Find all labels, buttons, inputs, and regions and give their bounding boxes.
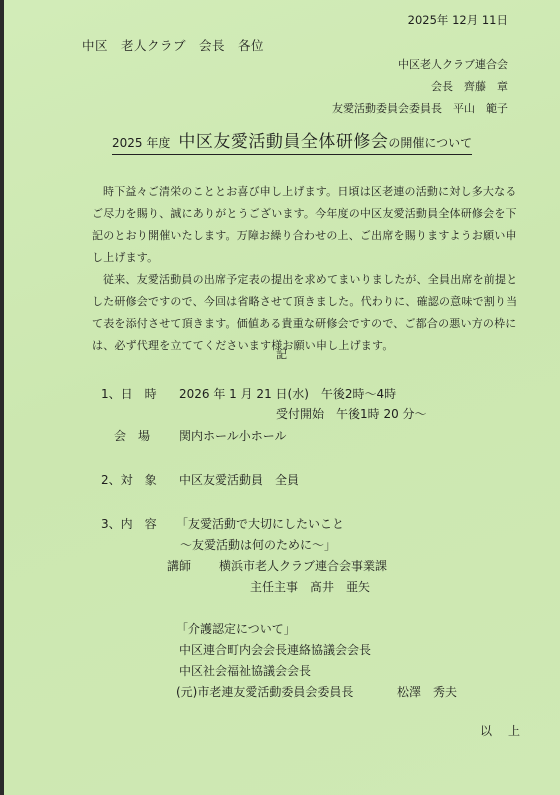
session2-speaker-role2: 中区社会福祉協議会会長	[179, 662, 311, 679]
recipient: 中区 老人クラブ 会長 各位	[82, 36, 264, 54]
content-label: 3、内 容	[101, 515, 157, 532]
datetime-label: 1、日 時	[101, 385, 157, 402]
session2-speaker-role3: (元)市老連友愛活動委員会委員長	[176, 683, 353, 700]
document-page: 2025年 12月 11日 中区 老人クラブ 会長 各位 中区老人クラブ連合会 …	[4, 0, 560, 795]
session2-title: 「介護認定について」	[176, 620, 296, 637]
target-label: 2、対 象	[101, 471, 157, 488]
lecturer-organization: 横浜市老人クラブ連合会事業課	[219, 557, 387, 574]
body-text: 時下益々ご清栄のこととお喜び申し上げます。日頃は区老連の活動に対し多大なるご尽力…	[92, 181, 524, 357]
document-title: 2025 年度中区友愛活動員全体研修会の開催について	[112, 132, 472, 155]
datetime-value: 2026 年 1 月 21 日(水) 午後2時～4時	[179, 385, 396, 402]
session1-title-line1: 「友愛活動で大切にしたいこと	[176, 515, 344, 532]
target-value: 中区友愛活動員 全員	[179, 471, 299, 488]
session1-title-line2: ～友愛活動は何のために～」	[180, 536, 336, 553]
reception-time: 受付開始 午後1時 20 分～	[276, 405, 427, 422]
lecturer-name: 主任主事 髙井 亜矢	[250, 578, 370, 595]
document-date: 2025年 12月 11日	[408, 12, 508, 28]
venue-label: 会 場	[114, 427, 150, 444]
session2-speaker-role1: 中区連合町内会会長連絡協議会会長	[179, 641, 371, 658]
ki-heading: 記	[276, 346, 287, 362]
venue-value: 関内ホール小ホール	[179, 427, 287, 444]
session2-speaker-name: 松澤 秀夫	[397, 683, 457, 700]
sender-president: 会長 齊藤 章	[431, 78, 508, 94]
title-year: 2025 年度	[112, 136, 170, 150]
lecturer-label: 講師	[167, 557, 191, 574]
sender-committee-chair: 友愛活動委員会委員長 平山 範子	[332, 100, 508, 116]
title-main: 中区友愛活動員全体研修会	[178, 132, 388, 152]
closing-mark: 以上	[480, 722, 536, 739]
title-suffix: の開催について	[388, 136, 472, 150]
sender-organization: 中区老人クラブ連合会	[398, 56, 508, 72]
body-paragraph: 時下益々ご清栄のこととお喜び申し上げます。日頃は区老連の活動に対し多大なるご尽力…	[92, 181, 524, 269]
body-paragraph: 従来、友愛活動員の出席予定表の提出を求めてまいりましたが、全員出席を前提とした研…	[92, 269, 524, 357]
